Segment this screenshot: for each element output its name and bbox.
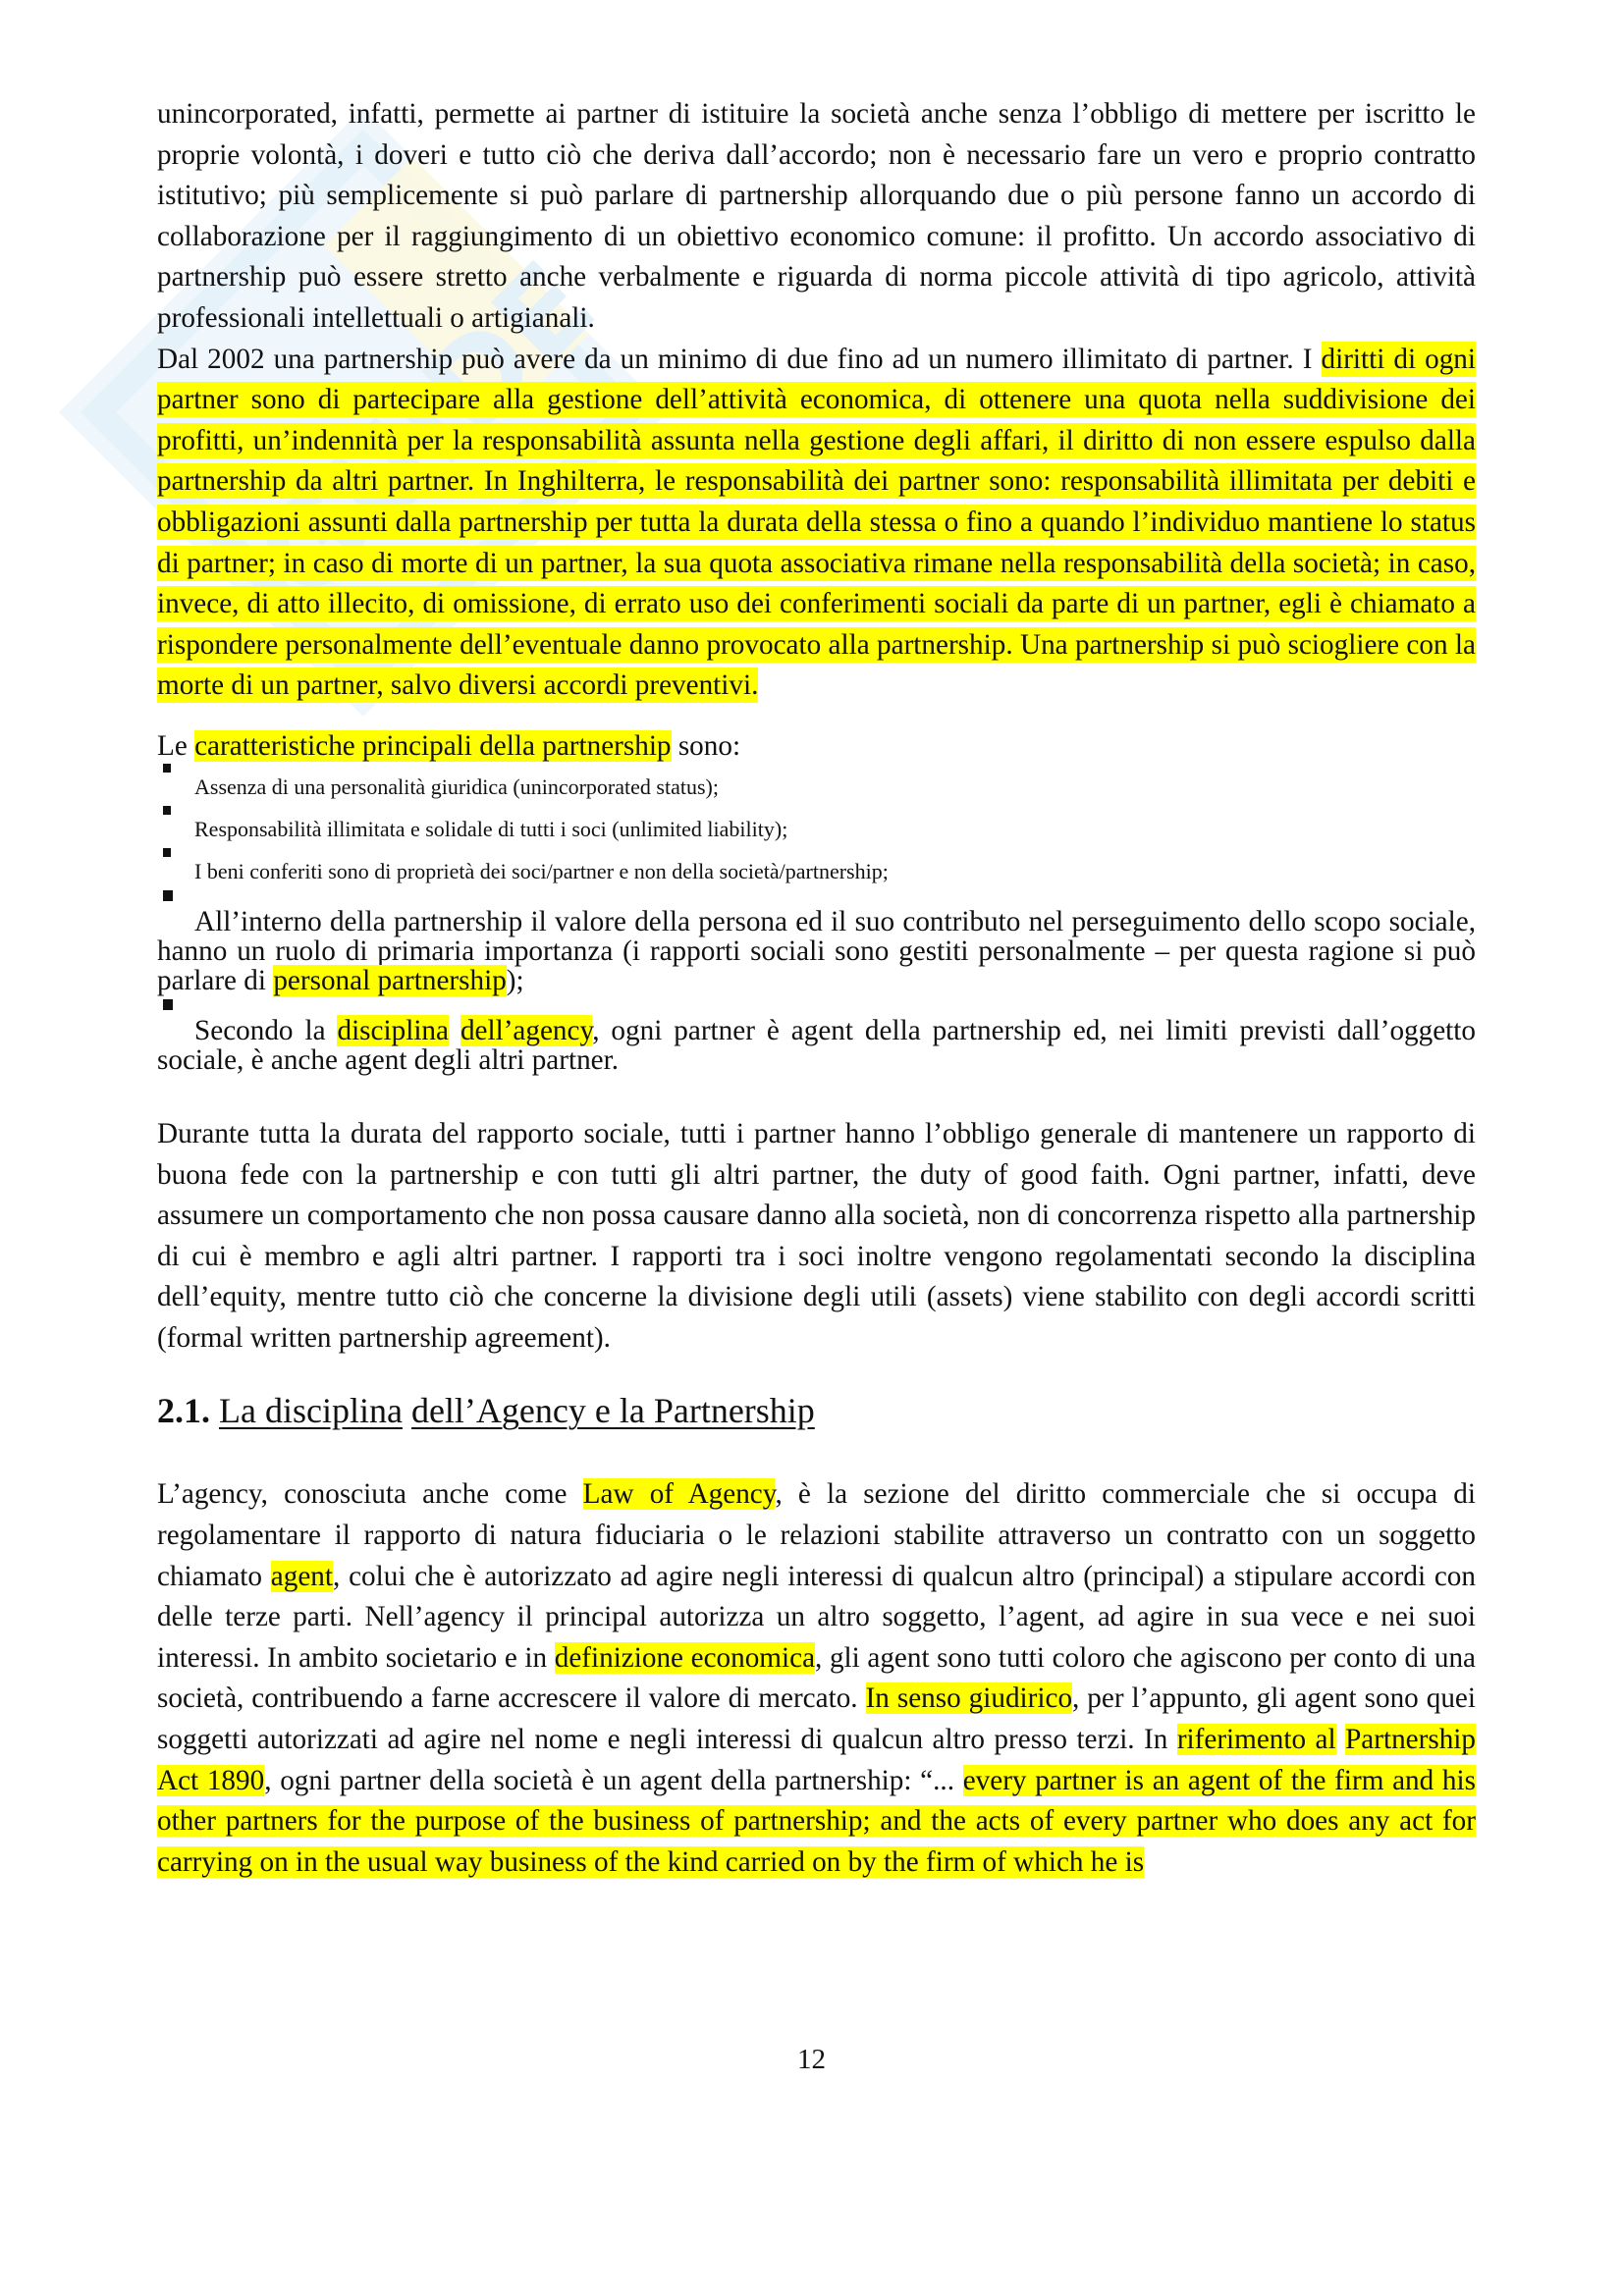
list-intro: Le caratteristiche principali della part…	[157, 728, 1476, 764]
list-item-text: Secondo la disciplina dell’agency, ogni …	[157, 1016, 1476, 1075]
section-title-part1: La disciplina	[219, 1391, 403, 1430]
paragraph-good-faith: Durante tutta la durata del rapporto soc…	[157, 1114, 1476, 1360]
section-number: 2.1.	[157, 1391, 210, 1430]
text-segment: Secondo la	[194, 1015, 326, 1046]
highlighted-text: dell’agency	[460, 1015, 592, 1046]
text-segment: );	[507, 965, 524, 996]
square-bullet-icon	[163, 848, 171, 857]
square-bullet-icon	[163, 890, 173, 901]
list-intro-after: sono:	[678, 730, 740, 762]
list-item-text: Responsabilità illimitata e solidale di …	[157, 817, 1476, 842]
highlighted-text: definizione economica	[555, 1642, 815, 1674]
paragraph-agency: L’agency, conosciuta anche come Law of A…	[157, 1474, 1476, 1883]
highlighted-text: personal partnership	[273, 965, 506, 996]
section-heading: 2.1. La disciplina dell’Agency e la Part…	[157, 1390, 1476, 1431]
document-page: unincorporated, infatti, permette ai par…	[157, 94, 1476, 1883]
square-bullet-icon	[163, 806, 171, 815]
square-bullet-icon	[163, 999, 173, 1010]
highlighted-text: agent	[271, 1561, 333, 1592]
text-segment: , ogni partner della società è un agent …	[264, 1765, 954, 1796]
list-item-text: Assenza di una personalità giuridica (un…	[157, 774, 1476, 800]
highlighted-text: Law of Agency	[583, 1478, 776, 1510]
list-item: I beni conferiti sono di proprietà dei s…	[157, 848, 1476, 884]
highlighted-text: In senso giudirico	[866, 1682, 1072, 1714]
characteristics-list: Assenza di una personalità giuridica (un…	[157, 764, 1476, 1075]
section-title-part2: dell’Agency e la Partnership	[411, 1391, 815, 1430]
list-item-text: All’interno della partnership il valore …	[157, 907, 1476, 995]
text-segment: L’agency, conosciuta anche come	[157, 1478, 568, 1510]
highlighted-text: riferimento al	[1177, 1724, 1336, 1755]
highlighted-text: disciplina	[337, 1015, 449, 1046]
page-number: 12	[0, 2044, 1623, 2076]
square-bullet-icon	[163, 764, 171, 773]
paragraph-intro: unincorporated, infatti, permette ai par…	[157, 94, 1476, 340]
highlighted-text: diritti di ogni partner sono di partecip…	[157, 342, 1476, 704]
list-item: Secondo la disciplina dell’agency, ogni …	[157, 999, 1476, 1075]
paragraph-plain-text: Dal 2002 una partnership può avere da un…	[157, 344, 1312, 375]
list-item: Assenza di una personalità giuridica (un…	[157, 764, 1476, 800]
highlighted-text: caratteristiche principali della partner…	[194, 730, 671, 762]
paragraph-partner-rights: Dal 2002 una partnership può avere da un…	[157, 340, 1476, 707]
list-item: All’interno della partnership il valore …	[157, 890, 1476, 995]
list-item-text: I beni conferiti sono di proprietà dei s…	[157, 859, 1476, 884]
list-intro-before: Le	[157, 730, 188, 762]
list-item: Responsabilità illimitata e solidale di …	[157, 806, 1476, 842]
